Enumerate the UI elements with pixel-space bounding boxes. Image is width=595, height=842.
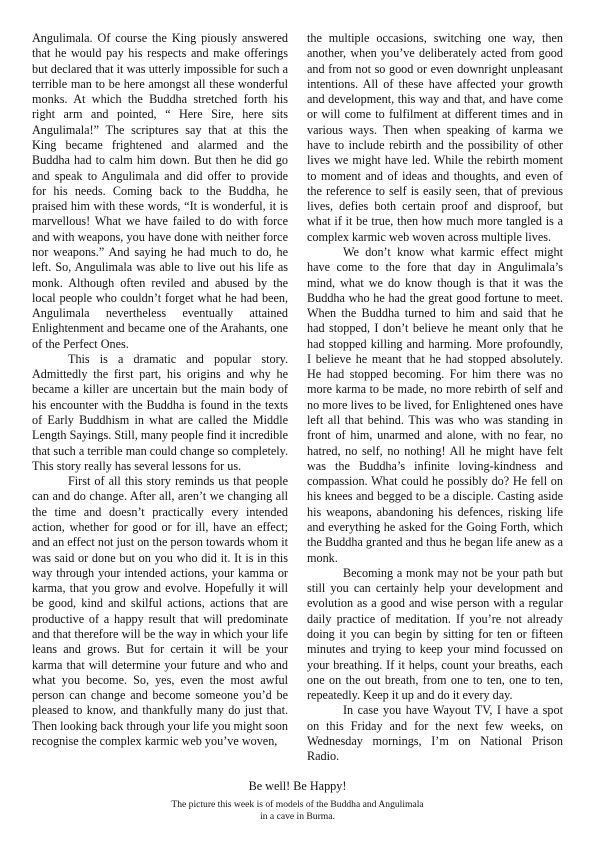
paragraph-people-change: First of all this story reminds us that … — [32, 474, 288, 749]
paragraph-karmic-web: the multiple occasions, switching one wa… — [307, 31, 563, 245]
paragraph-dramatic-story: This is a dramatic and popular story. Ad… — [32, 352, 288, 474]
paragraph-buddha-meeting: We don’t know what karmic effect might h… — [307, 245, 563, 566]
left-column: Angulimala. Of course the King piously a… — [32, 31, 288, 749]
paragraph-king-visit: Angulimala. Of course the King piously a… — [32, 31, 288, 352]
caption-line-1: The picture this week is of models of th… — [0, 799, 595, 811]
caption-line-2: in a cave in Burma. — [0, 811, 595, 823]
paragraph-radio-tv: In case you have Wayout TV, I have a spo… — [307, 703, 563, 764]
right-column: the multiple occasions, switching one wa… — [307, 31, 563, 765]
signoff: Be well! Be Happy! — [0, 779, 595, 794]
picture-caption: The picture this week is of models of th… — [0, 799, 595, 822]
paragraph-meditation: Becoming a monk may not be your path but… — [307, 566, 563, 704]
